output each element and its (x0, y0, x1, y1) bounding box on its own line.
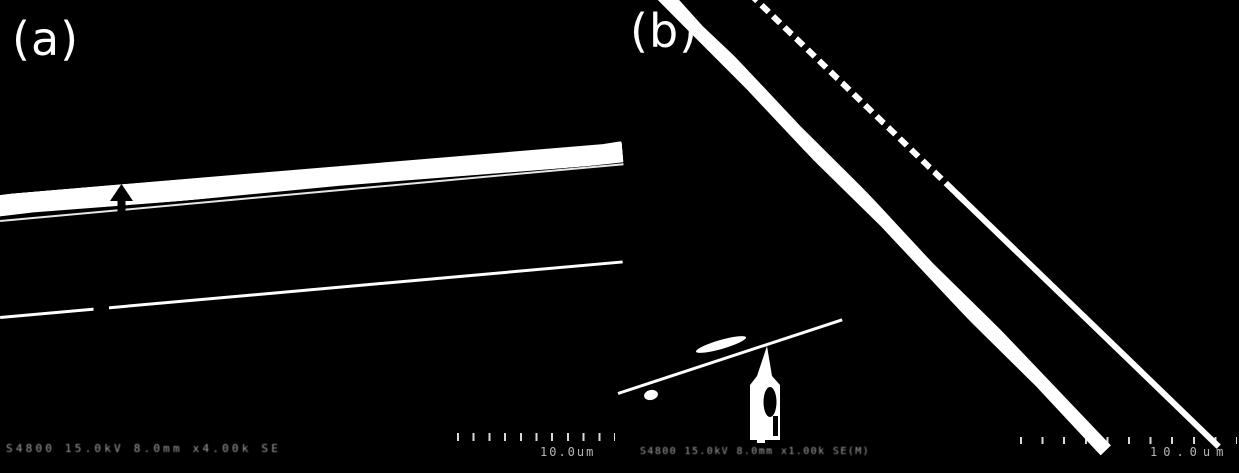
sem-figure: (a) (b) S4800 15.0kV 8.0mm x4.00k SE (0, 0, 1239, 473)
panel-b-label: (b) (630, 8, 698, 54)
probe-pin-icon (745, 346, 783, 448)
nanowire-b-thin (748, 0, 1221, 449)
scale-label-a: 10.0um (540, 445, 595, 459)
sem-metadata-b: S4800 15.0kV 8.0mm x1.00k SE(M) (640, 446, 870, 457)
nanowire-b-thick (657, 0, 1112, 456)
scale-bar-b (1020, 437, 1237, 444)
tilted-nanowire-b (618, 318, 843, 395)
scale-bar-a (457, 433, 615, 441)
panel-a-label: (a) (12, 16, 79, 62)
panel-a: (a) (0, 0, 620, 473)
thin-nanowire-a (0, 260, 623, 318)
panel-b: (b) (620, 0, 1239, 473)
up-arrow-icon (109, 184, 134, 217)
sem-metadata-a: S4800 15.0kV 8.0mm x4.00k SE (6, 442, 281, 455)
microfiber-band-a (0, 141, 624, 217)
scale-label-b: 10.0um (1150, 445, 1229, 459)
particle-dot-b (643, 389, 659, 402)
